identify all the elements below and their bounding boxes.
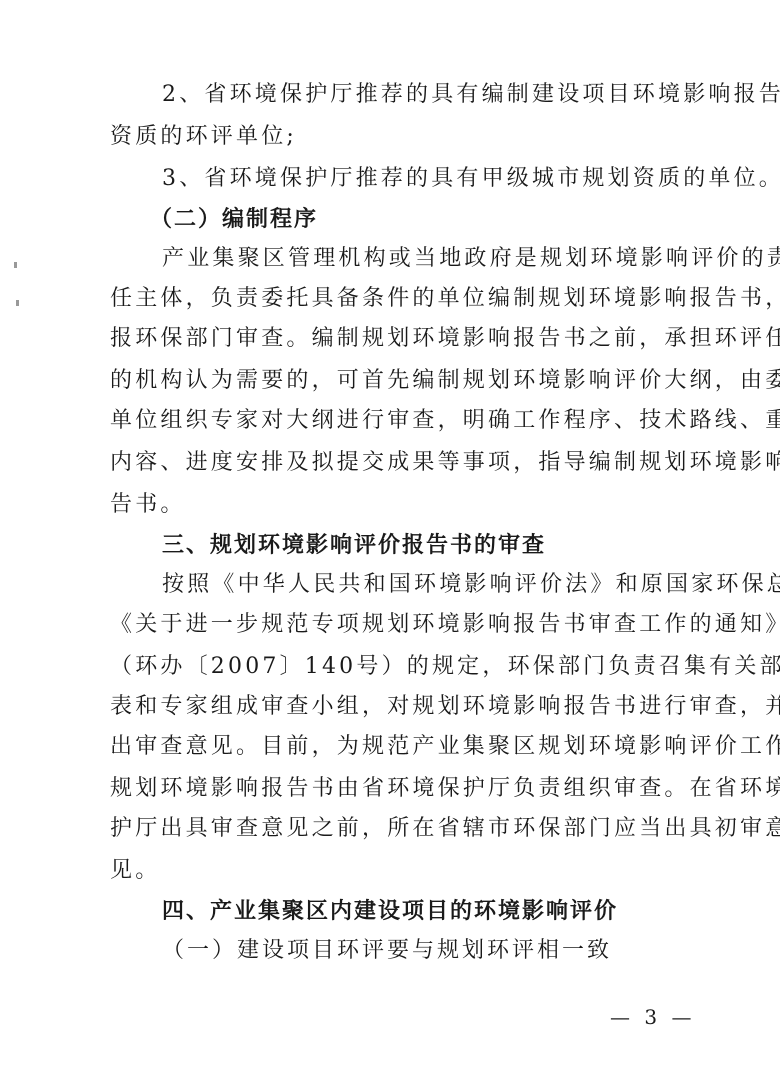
section-heading-3: 三、规划环境影响评价报告书的审查 <box>162 530 546 560</box>
list-item-2-cont: 资质的环评单位; <box>110 122 297 152</box>
paragraph-line: 规划环境影响报告书由省环境保护厅负责组织审查。在省环境保 <box>110 774 698 804</box>
paragraph-line: 护厅出具审查意见之前，所在省辖市环保部门应当出具初审意 <box>110 814 698 844</box>
page-number: — 3 — <box>610 1005 695 1029</box>
list-item-3: 3、省环境保护厅推荐的具有甲级城市规划资质的单位。 <box>162 164 780 194</box>
document-page: 2、省环境保护厅推荐的具有编制建设项目环境影响报告书 资质的环评单位; 3、省环… <box>0 0 780 1084</box>
section-heading-2-2: （二）编制程序 <box>150 204 318 234</box>
scan-mark <box>16 300 19 306</box>
paragraph-line: 见。 <box>110 856 160 886</box>
paragraph-line: 内容、进度安排及拟提交成果等事项，指导编制规划环境影响报 <box>110 448 698 478</box>
paragraph-line: 产业集聚区管理机构或当地政府是规划环境影响评价的责 <box>162 244 692 274</box>
paragraph-line: 单位组织专家对大纲进行审查，明确工作程序、技术路线、重点 <box>110 406 698 436</box>
section-heading-4-1: （一）建设项目环评要与规划环评相一致 <box>162 936 612 966</box>
section-heading-4: 四、产业集聚区内建设项目的环境影响评价 <box>162 896 618 926</box>
paragraph-line: 出审查意见。目前，为规范产业集聚区规划环境影响评价工作， <box>110 732 698 762</box>
paragraph-line: 告书。 <box>110 490 186 520</box>
paragraph-line: 按照《中华人民共和国环境影响评价法》和原国家环保总局 <box>162 570 692 600</box>
paragraph-line: 《关于进一步规范专项规划环境影响报告书审查工作的通知》 <box>110 610 698 640</box>
scan-mark <box>14 262 17 268</box>
list-item-2: 2、省环境保护厅推荐的具有编制建设项目环境影响报告书 <box>162 80 694 110</box>
paragraph-line: 的机构认为需要的，可首先编制规划环境影响评价大纲，由委托 <box>110 366 698 396</box>
paragraph-line: （环办〔2007〕140号）的规定，环保部门负责召集有关部门代 <box>110 652 698 682</box>
paragraph-line: 任主体，负责委托具备条件的单位编制规划环境影响报告书，并 <box>110 284 698 314</box>
paragraph-line: 报环保部门审查。编制规划环境影响报告书之前，承担环评任务 <box>110 324 698 354</box>
paragraph-line: 表和专家组成审查小组，对规划环境影响报告书进行审查，并提 <box>110 692 698 722</box>
